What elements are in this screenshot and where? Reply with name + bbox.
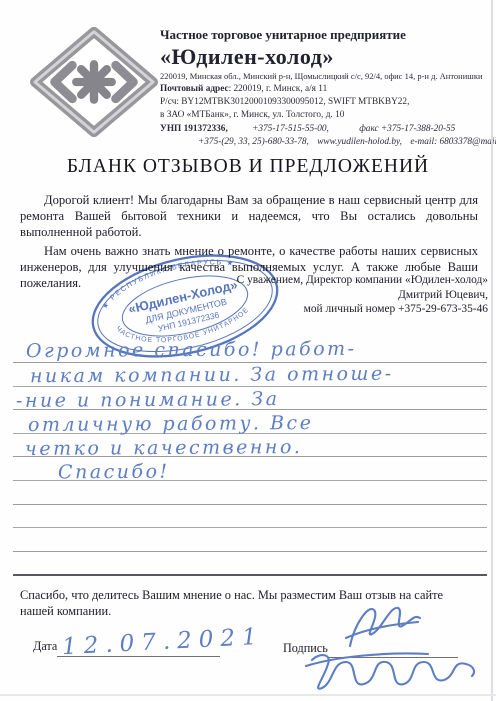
closing-line: С уважением, Директор компании «Юдилен-х…	[150, 273, 488, 288]
ruled-line	[13, 504, 487, 505]
company-header: Частное торговое унитарное предприятие «…	[160, 28, 492, 147]
ruled-line	[13, 527, 487, 528]
snowflake-center	[87, 75, 101, 89]
handwritten-review-line: четко и качественно.	[25, 436, 303, 460]
footer-note: Спасибо, что делитесь Вашим мнение о нас…	[20, 587, 476, 619]
handwritten-date: 12.07.2021	[61, 624, 264, 661]
handwritten-review-line: -ние и понимание. За	[16, 388, 280, 412]
scan-edge	[491, 0, 493, 701]
org-type: Частное торговое унитарное предприятие	[160, 28, 492, 43]
bank-name: в ЗАО «МТБанк», г. Минск, ул. Толстого, …	[160, 110, 492, 121]
company-name: «Юдилен-холод»	[160, 44, 492, 69]
signature-surname-scribble	[312, 655, 474, 689]
handwritten-review-line: отличную работу. Все	[28, 412, 314, 436]
postal-address: Почтовый адрес: 220019, г. Минск, а/я 11	[160, 84, 492, 95]
company-address: 220019, Минская обл., Минский р-н, Щомыс…	[160, 72, 492, 82]
fax-number: факс +375-17-388-20-55	[359, 124, 455, 134]
director-phone: мой личный номер +375-29-673-35-46	[150, 302, 488, 317]
handwritten-review-line: Спасибо!	[58, 461, 170, 484]
contacts-row: +375-(29, 33, 25)-680-33-78, www.yudilen…	[160, 137, 492, 148]
bank-account: Р/сч: BY12MTBK30120001093300095012, SWIF…	[160, 97, 492, 108]
website: www.yudilen-holod.by,	[317, 137, 402, 147]
handwritten-review-line: Огромное спасибо! работ-	[26, 338, 357, 362]
feedback-form-page: Частное торговое унитарное предприятие «…	[0, 0, 496, 701]
unp-number: УНП 191372336,	[160, 124, 228, 134]
director-name: Дмитрий Юцевич,	[150, 288, 488, 303]
mobile-numbers: +375-(29, 33, 25)-680-33-78,	[198, 137, 309, 147]
phone-number: +375-17-515-55-00,	[252, 124, 329, 134]
unp-phone-row: УНП 191372336, +375-17-515-55-00, факс +…	[160, 124, 492, 135]
signature-flourish	[346, 622, 418, 638]
postal-label: Почтовый адрес	[160, 84, 229, 94]
date-label: Дата	[33, 639, 57, 654]
signature-line	[328, 657, 458, 658]
scan-edge	[0, 694, 496, 696]
handwritten-review-line: никам компании. За отноше-	[30, 363, 394, 388]
ruled-line	[13, 551, 487, 552]
signature-label: Подпись	[283, 641, 328, 656]
email: e-mail: 6803378@mail.ru	[410, 137, 496, 147]
intro-paragraph: Дорогой клиент! Мы благодарны Вам за обр…	[20, 193, 478, 241]
separator-line	[13, 574, 487, 576]
postal-value: : 220019, г. Минск, а/я 11	[229, 84, 328, 94]
company-logo	[30, 26, 158, 138]
director-closing: С уважением, Директор компании «Юдилен-х…	[150, 273, 488, 317]
form-title: БЛАНК ОТЗЫВОВ И ПРЕДЛОЖЕНИЙ	[0, 156, 496, 178]
